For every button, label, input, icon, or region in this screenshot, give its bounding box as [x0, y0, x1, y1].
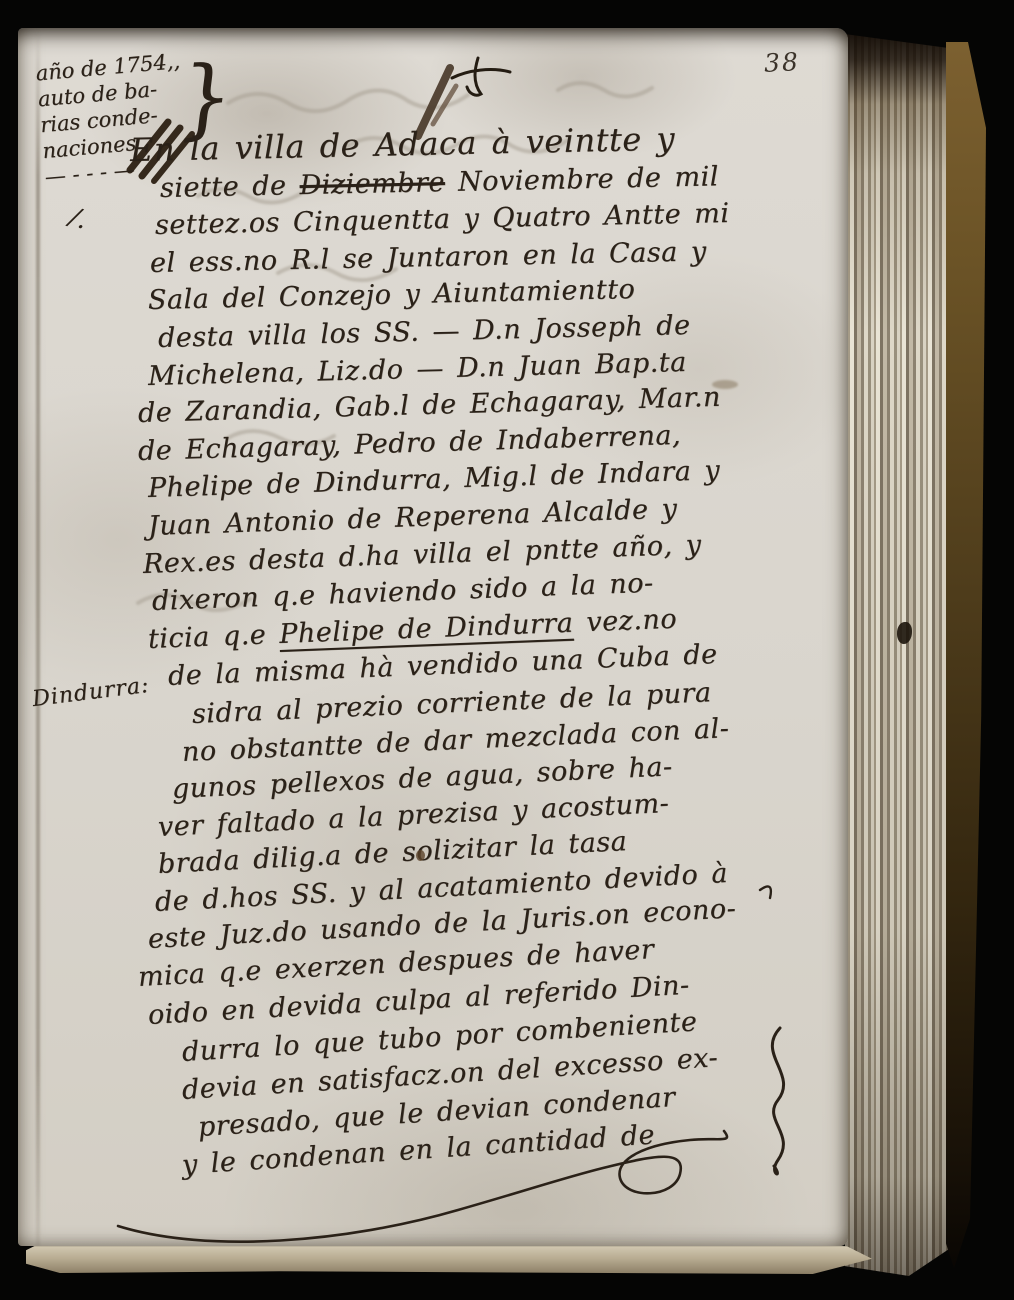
- book-fore-edge: [845, 34, 955, 1276]
- ink-blot: [897, 622, 912, 644]
- page-number: 38: [763, 47, 800, 78]
- line-text: Noviembre de mil: [458, 161, 719, 197]
- line-text: vez.no: [586, 603, 678, 637]
- book-cover-edge: [946, 42, 986, 1268]
- heading-cross-icon: [446, 52, 516, 102]
- crossed-out-word: Diziembre: [299, 167, 445, 201]
- manuscript-page: 38 año de 1754,,auto de ba-rias conde-na…: [18, 28, 848, 1246]
- photo-background: 38 año de 1754,,auto de ba-rias conde-na…: [0, 0, 1014, 1300]
- manuscript-text: En la villa de Adaca à veintte y siette …: [18, 132, 848, 1185]
- line-text: ticia q.e: [147, 619, 266, 655]
- ink-speck: [416, 850, 425, 861]
- line-text: siette de: [160, 170, 287, 204]
- stain-smudge: [712, 380, 738, 389]
